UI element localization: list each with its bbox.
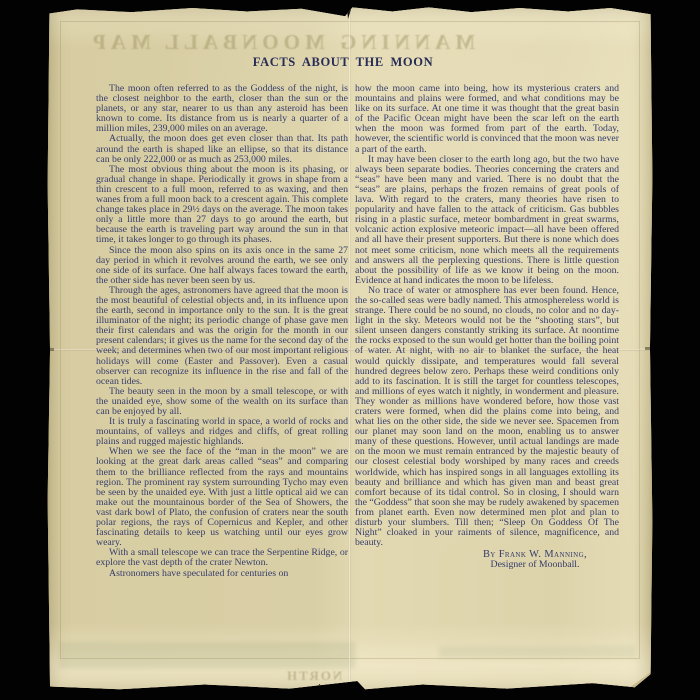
paragraph: The most obvious thing about the moon is… [96,165,348,246]
paragraph: It is truly a fascinating world in space… [96,417,348,447]
text-column-right: how the moon came into being, how its my… [355,84,619,571]
paragraph: The beauty seen in the moon by a small t… [96,387,348,417]
signature-block: By Frank W. Manning, Designer of Moonbal… [453,550,617,570]
paragraph: how the moon came into being, how its my… [355,84,619,155]
paragraph: Through the ages, astronomers have agree… [96,286,348,387]
paragraph: The moon often referred to as the Goddes… [96,84,348,134]
fold-nick-right [645,347,653,350]
signature-role: Designer of Moonball. [453,560,617,570]
paragraph: No trace of water or atmosphere has ever… [355,286,619,548]
showthrough-band-right [439,646,635,658]
scan-background: { "window": { "background": "#020202" },… [0,0,700,700]
document-page: MANNING MOONBALL MAP NORTH FACTS ABOUT T… [47,6,653,692]
paragraph: Astronomers have speculated for centurie… [96,569,348,579]
paragraph: Actually, the moon does get even closer … [96,134,348,164]
showthrough-band-left [59,642,355,668]
page-title: FACTS ABOUT THE MOON [47,55,639,70]
paragraph: It may have been closer to the earth lon… [355,155,619,286]
text-column-left: The moon often referred to as the Goddes… [96,84,348,579]
showthrough-text-top: MANNING MOONBALL MAP [75,30,475,55]
paragraph: When we see the face of the “man in the … [96,447,348,548]
paper-tear-bottom [313,684,325,692]
paragraph: With a small telescope we can trace the … [96,548,348,568]
fold-nick-left [47,348,54,351]
paragraph: Since the moon also spins on its axis on… [96,246,348,286]
showthrough-text-north: NORTH [285,668,342,684]
paper-corner-flap [629,672,651,688]
